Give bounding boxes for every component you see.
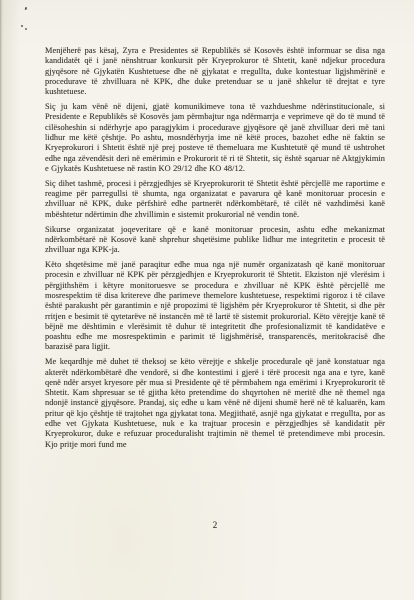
- scan-edge-shadow: [0, 0, 3, 600]
- paragraph-4: Sikurse organizatat joqeveritare që e ka…: [45, 225, 385, 256]
- document-body: Menjëherë pas kësaj, Zyra e Presidentes …: [45, 46, 385, 455]
- scan-speck: [25, 7, 28, 10]
- paragraph-3: Siç dihet tashmë, procesi i përzgjedhjes…: [45, 179, 385, 220]
- paragraph-1: Menjëherë pas kësaj, Zyra e Presidentes …: [45, 46, 385, 97]
- page-number: 2: [45, 520, 385, 530]
- scanned-document-page: Menjëherë pas kësaj, Zyra e Presidentes …: [0, 0, 414, 600]
- scan-speck: [21, 25, 23, 27]
- paragraph-6: Me keqardhje më duhet të theksoj se këto…: [45, 357, 385, 450]
- paragraph-2: Siç ju kam vënë në dijeni, gjatë komunik…: [45, 102, 385, 174]
- scan-speck: [25, 28, 27, 30]
- paragraph-5: Këto shqetësime më janë paraqitur edhe m…: [45, 260, 385, 353]
